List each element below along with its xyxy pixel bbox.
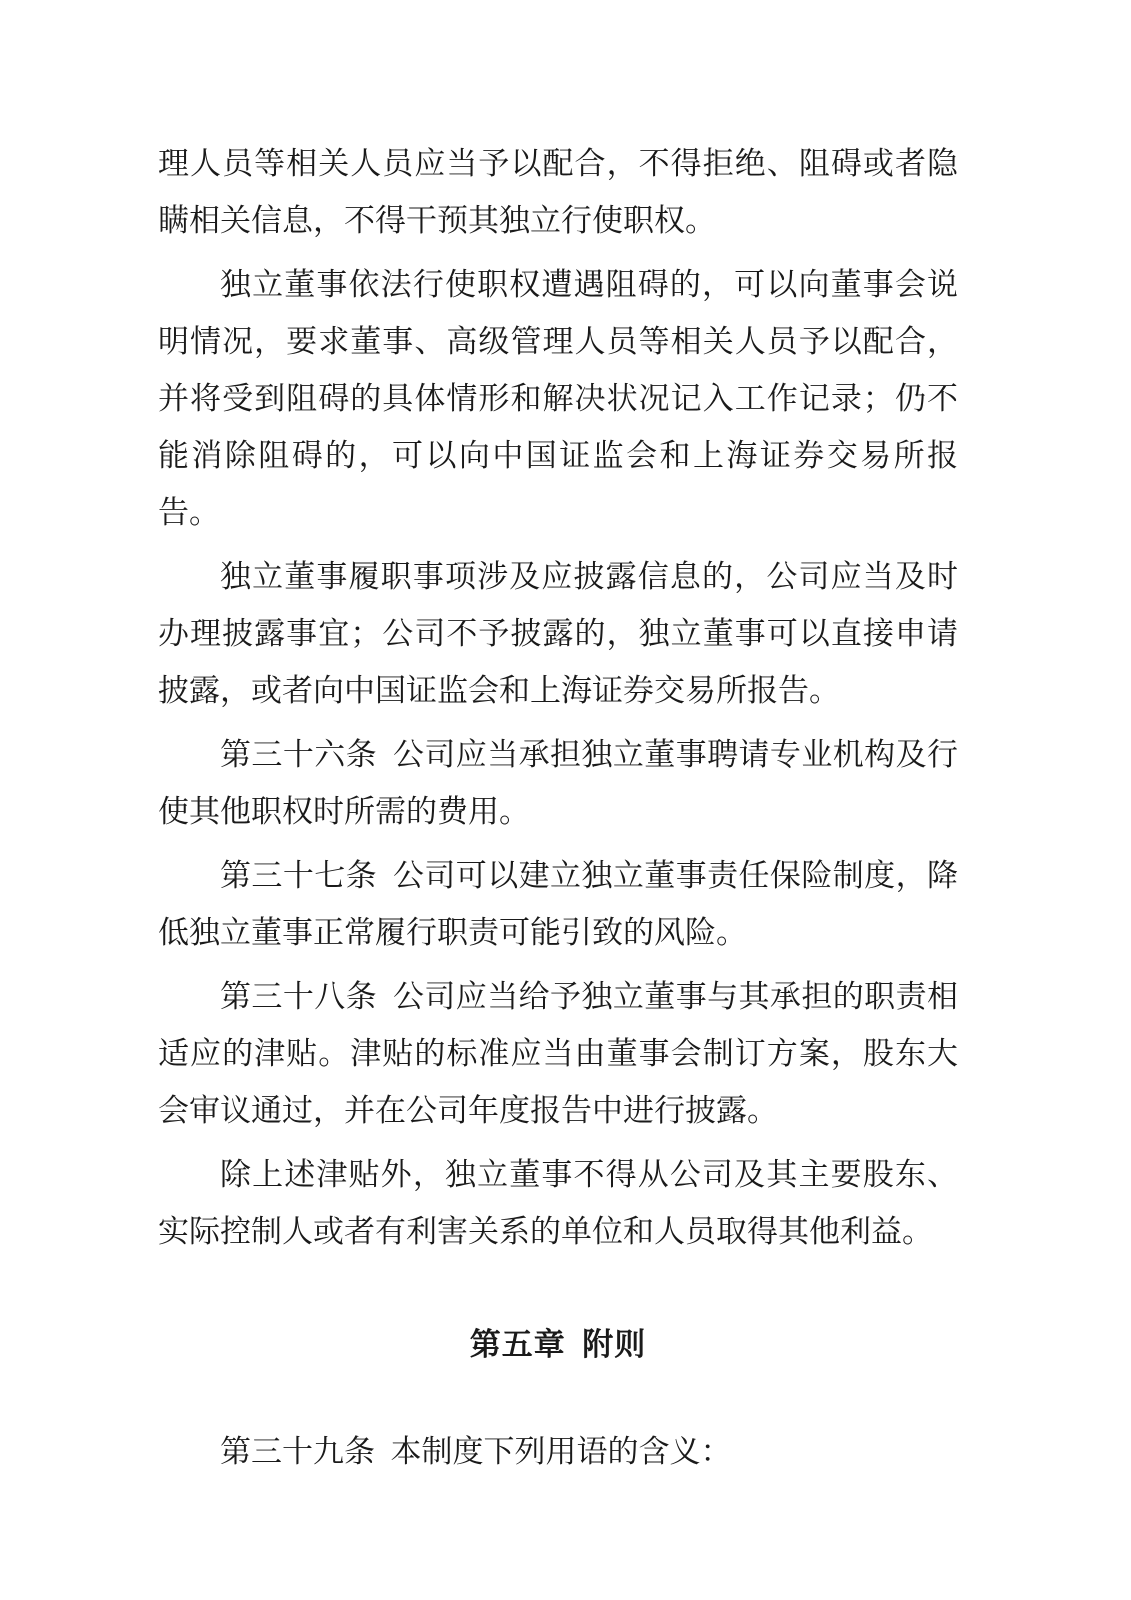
chapter-heading: 第五章 附则 xyxy=(158,1316,958,1373)
paragraph-article-36: 第三十六条 公司应当承担独立董事聘请专业机构及行使其他职权时所需的费用。 xyxy=(158,726,958,840)
paragraph-article-39: 第三十九条 本制度下列用语的含义： xyxy=(158,1423,958,1480)
paragraph-disclosure: 独立董事履职事项涉及应披露信息的，公司应当及时办理披露事宜；公司不予披露的，独立… xyxy=(158,548,958,719)
paragraph-article-37: 第三十七条 公司可以建立独立董事责任保险制度，降低独立董事正常履行职责可能引致的… xyxy=(158,847,958,961)
paragraph-obstruction-remedy: 独立董事依法行使职权遭遇阻碍的，可以向董事会说明情况，要求董事、高级管理人员等相… xyxy=(158,256,958,541)
document-page: 理人员等相关人员应当予以配合，不得拒绝、阻碍或者隐瞒相关信息，不得干预其独立行使… xyxy=(0,0,1131,1600)
document-body: 理人员等相关人员应当予以配合，不得拒绝、阻碍或者隐瞒相关信息，不得干预其独立行使… xyxy=(158,135,958,1480)
paragraph-continuation: 理人员等相关人员应当予以配合，不得拒绝、阻碍或者隐瞒相关信息，不得干预其独立行使… xyxy=(158,135,958,249)
paragraph-article-38: 第三十八条 公司应当给予独立董事与其承担的职责相适应的津贴。津贴的标准应当由董事… xyxy=(158,968,958,1139)
paragraph-allowance-restriction: 除上述津贴外，独立董事不得从公司及其主要股东、实际控制人或者有利害关系的单位和人… xyxy=(158,1146,958,1260)
